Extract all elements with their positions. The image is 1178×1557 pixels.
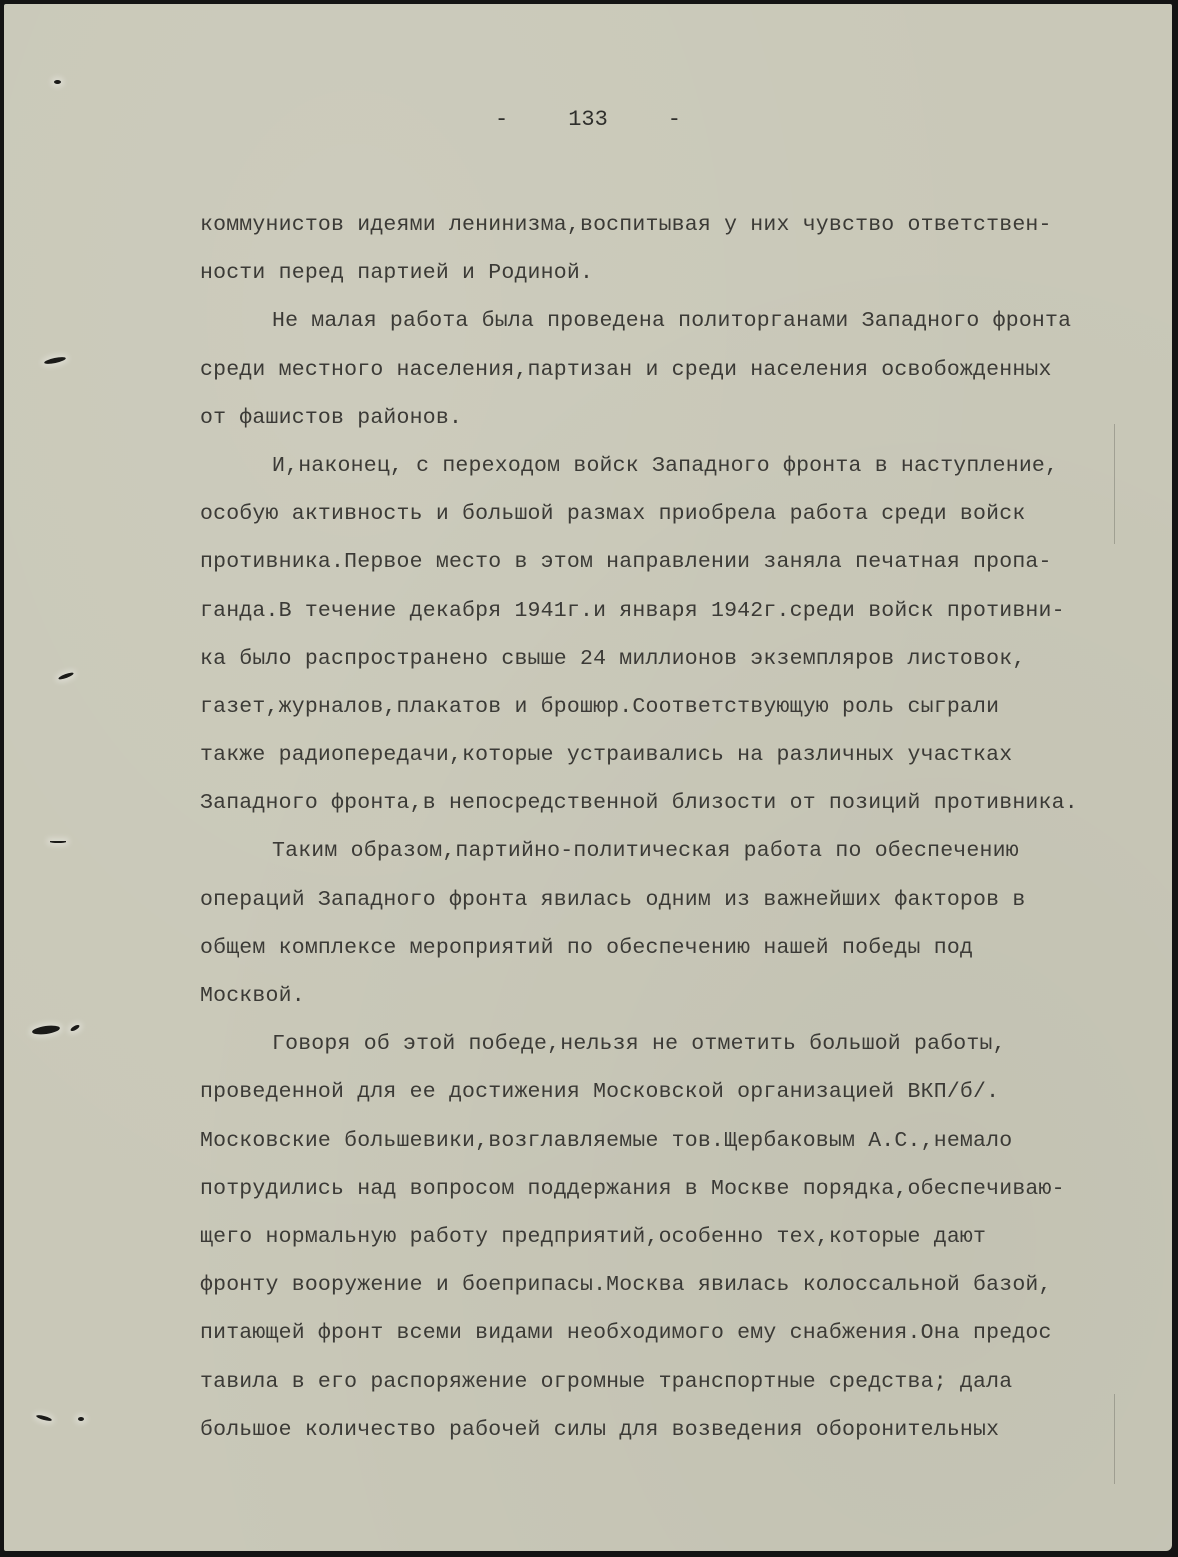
document-page: -133- коммунистов идеями ленинизма,воспи…: [4, 4, 1172, 1551]
binding-hole-4: [50, 841, 66, 843]
text-line: Таким образом,партийно-политическая рабо…: [200, 827, 1178, 875]
typewritten-body: коммунистов идеями ленинизма,воспитывая …: [200, 201, 1178, 1454]
text-line: особую активность и большой размах приоб…: [200, 490, 1178, 538]
text-line: коммунистов идеями ленинизма,воспитывая …: [200, 201, 1178, 249]
page-number: -133-: [4, 107, 1172, 132]
text-line: от фашистов районов.: [200, 394, 1178, 442]
text-line: Говоря об этой победе,нельзя не отметить…: [200, 1020, 1178, 1068]
binding-hole-8: [78, 1417, 84, 1421]
binding-hole-3: [58, 671, 74, 680]
text-line: питающей фронт всеми видами необходимого…: [200, 1309, 1178, 1357]
text-line: ка было распространено свыше 24 миллионо…: [200, 635, 1178, 683]
text-line: большое количество рабочей силы для возв…: [200, 1406, 1178, 1454]
text-line: также радиопередачи,которые устраивались…: [200, 731, 1178, 779]
text-line: противника.Первое место в этом направлен…: [200, 538, 1178, 586]
text-line: Московские большевики,возглавляемые тов.…: [200, 1117, 1178, 1165]
text-line: Не малая работа была проведена политорга…: [200, 297, 1178, 345]
page-number-suffix: -: [668, 107, 681, 132]
text-line: фронту вооружение и боеприпасы.Москва яв…: [200, 1261, 1178, 1309]
text-line: ности перед партией и Родиной.: [200, 249, 1178, 297]
text-line: И,наконец, с переходом войск Западного ф…: [200, 442, 1178, 490]
page-number-prefix: -: [495, 107, 508, 132]
binding-hole-5: [32, 1024, 61, 1036]
page-crease: [1114, 424, 1115, 544]
binding-hole-1: [54, 80, 61, 84]
text-line: Западного фронта,в непосредственной близ…: [200, 779, 1178, 827]
text-line: среди местного населения,партизан и сред…: [200, 346, 1178, 394]
text-line: щего нормальную работу предприятий,особе…: [200, 1213, 1178, 1261]
page-crease: [1114, 1394, 1115, 1484]
binding-hole-2: [44, 356, 67, 365]
page-number-value: 133: [568, 107, 608, 132]
text-line: ганда.В течение декабря 1941г.и января 1…: [200, 587, 1178, 635]
binding-hole-7: [36, 1414, 52, 1422]
text-line: потрудились над вопросом поддержания в М…: [200, 1165, 1178, 1213]
text-line: операций Западного фронта явилась одним …: [200, 876, 1178, 924]
text-line: Москвой.: [200, 972, 1178, 1020]
text-line: газет,журналов,плакатов и брошюр.Соответ…: [200, 683, 1178, 731]
text-line: общем комплексе мероприятий по обеспечен…: [200, 924, 1178, 972]
text-line: тавила в его распоряжение огромные транс…: [200, 1358, 1178, 1406]
text-line: проведенной для ее достижения Московской…: [200, 1068, 1178, 1116]
binding-hole-6: [70, 1024, 81, 1032]
